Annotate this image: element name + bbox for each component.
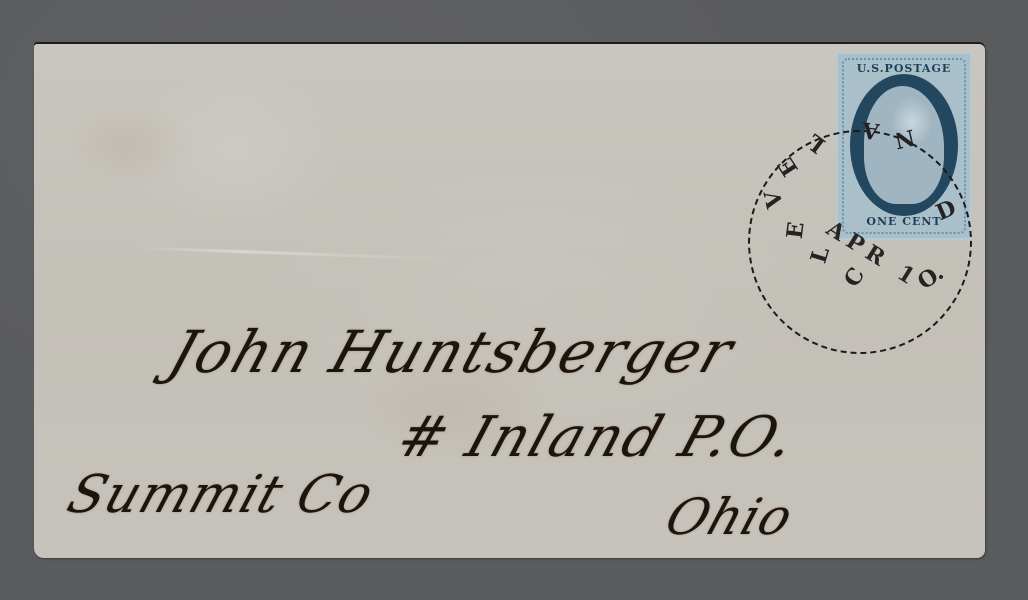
postmark-date: APR 1 xyxy=(822,216,925,294)
postmark-letter: C xyxy=(839,263,870,292)
postmark-letter: V xyxy=(760,188,789,210)
paper-crease xyxy=(134,246,454,260)
post-office-line: # Inland P.O. xyxy=(389,405,805,470)
stamp-top-text: U.S.POSTAGE xyxy=(836,62,972,75)
postmark-letter: D xyxy=(932,195,960,226)
county-line: Summit Co xyxy=(60,465,381,525)
addressee-name: John Huntsberger xyxy=(161,318,743,386)
postmark-letter: A xyxy=(861,116,881,144)
state-line: Ohio xyxy=(659,488,801,546)
postmark-letter: E xyxy=(782,220,810,240)
postmark-letter: L xyxy=(806,244,835,266)
